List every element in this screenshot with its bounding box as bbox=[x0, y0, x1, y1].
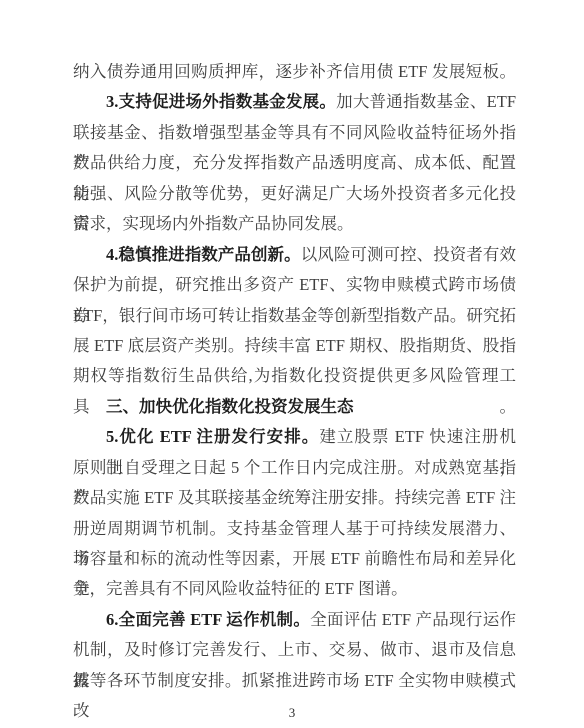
text-segment: 展 ETF 底层资产类别。持续丰富 ETF 期权、股指期货、股指 bbox=[73, 336, 516, 355]
paragraph-end-line: 需求，实现场内外指数产品协同发展。 bbox=[73, 209, 516, 239]
bold-segment: 6.全面完善 ETF 运作机制。 bbox=[106, 610, 310, 629]
paragraph-start-line: 6.全面完善 ETF 运作机制。全面评估 ETF 产品现行运作 bbox=[73, 605, 516, 635]
text-line: 露等各环节制度安排。抓紧推进跨市场 ETF 全实物申赎模式改 bbox=[73, 666, 516, 696]
bold-segment: 5.优化 ETF 注册发行安排。 bbox=[106, 427, 319, 446]
text-line: 能强、风险分散等优势，更好满足广大场外投资者多元化投资 bbox=[73, 179, 516, 209]
text-line: 保护为前提，研究推出多资产 ETF、实物申赎模式跨市场债券 bbox=[73, 270, 516, 300]
text-line: 联接基金、指数增强型基金等具有不同风险收益特征场外指数 bbox=[73, 118, 516, 148]
bold-segment: 三、加快优化指数化投资发展生态 bbox=[106, 397, 354, 416]
document-body: 纳入债券通用回购质押库，逐步补齐信用债 ETF 发展短板。 3.支持促进场外指数… bbox=[73, 57, 516, 696]
text-segment: 以风险可测可控、投资者有效 bbox=[301, 245, 516, 264]
text-line: 册逆周期调节机制。支持基金管理人基于可持续发展潜力、市 bbox=[73, 514, 516, 544]
bold-segment: 3.支持促进场外指数基金发展。 bbox=[106, 92, 336, 111]
text-segment: 产品实施 ETF 及其联接基金统筹注册安排。持续完善 ETF 注 bbox=[73, 488, 516, 507]
text-line: 场容量和标的流动性等因素，开展 ETF 前瞻性布局和差异化竞 bbox=[73, 544, 516, 574]
text-line: 机制，及时修订完善发行、上市、交易、做市、退市及信息披 bbox=[73, 635, 516, 665]
document-page: 纳入债券通用回购质押库，逐步补齐信用债 ETF 发展短板。 3.支持促进场外指数… bbox=[0, 0, 584, 728]
text-line: 纳入债券通用回购质押库，逐步补齐信用债 ETF 发展短板。 bbox=[73, 57, 516, 87]
bold-segment: 4.稳慎推进指数产品创新。 bbox=[106, 245, 301, 264]
text-line: 产品实施 ETF 及其联接基金统筹注册安排。持续完善 ETF 注 bbox=[73, 483, 516, 513]
paragraph-start-line: 4.稳慎推进指数产品创新。以风险可测可控、投资者有效 bbox=[73, 240, 516, 270]
text-segment: 需求，实现场内外指数产品协同发展。 bbox=[73, 214, 354, 233]
paragraph-start-line: 5.优化 ETF 注册发行安排。建立股票 ETF 快速注册机制， bbox=[73, 422, 516, 452]
text-line: 原则上自受理之日起 5 个工作日内完成注册。对成熟宽基指数 bbox=[73, 453, 516, 483]
text-segment: 纳入债券通用回购质押库，逐步补齐信用债 ETF 发展短板。 bbox=[73, 62, 516, 81]
text-line: 产品供给力度，充分发挥指数产品透明度高、成本低、配置功 bbox=[73, 148, 516, 178]
text-segment: 全面评估 ETF 产品现行运作 bbox=[310, 610, 516, 629]
text-line: 展 ETF 底层资产类别。持续丰富 ETF 期权、股指期货、股指 bbox=[73, 331, 516, 361]
text-line: ETF，银行间市场可转让指数基金等创新型指数产品。研究拓 bbox=[73, 301, 516, 331]
paragraph-start-line: 3.支持促进场外指数基金发展。加大普通指数基金、ETF bbox=[73, 87, 516, 117]
page-number: 3 bbox=[0, 703, 584, 723]
text-segment: 争，完善具有不同风险收益特征的 ETF 图谱。 bbox=[73, 579, 408, 598]
text-segment: ETF，银行间市场可转让指数基金等创新型指数产品。研究拓 bbox=[73, 306, 516, 325]
paragraph-end-line: 争，完善具有不同风险收益特征的 ETF 图谱。 bbox=[73, 574, 516, 604]
text-segment: 加大普通指数基金、ETF bbox=[336, 92, 516, 111]
text-line: 期权等指数衍生品供给,为指数化投资提供更多风险管理工具。 bbox=[73, 361, 516, 391]
